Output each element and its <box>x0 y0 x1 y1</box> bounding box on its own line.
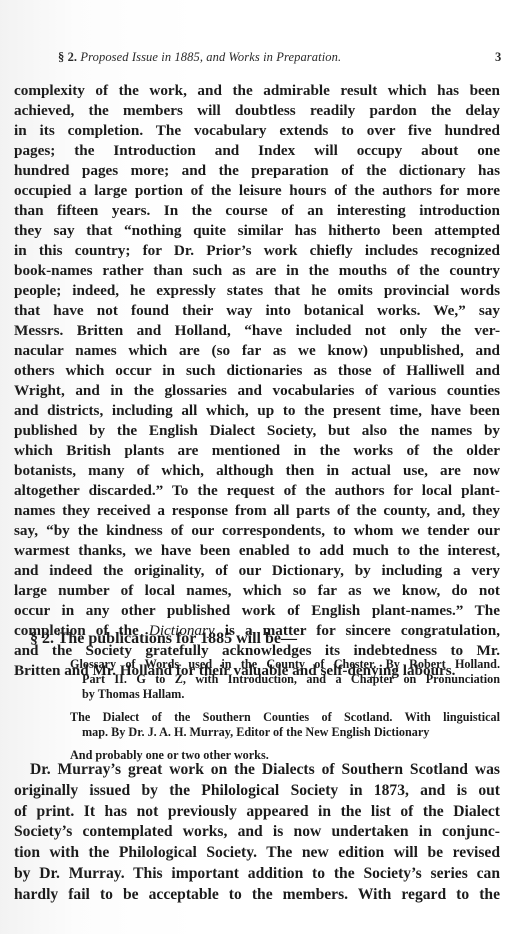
running-title: § 2. Proposed Issue in 1885, and Works i… <box>58 50 341 65</box>
publication-line: Part II. G to Z, with Introduction, and … <box>70 672 500 687</box>
text-line: by Dr. Murray. This important addition t… <box>14 864 500 885</box>
publication-item-chester-glossary: Glossary of Words used in the County of … <box>70 657 500 702</box>
running-header: § 2. Proposed Issue in 1885, and Works i… <box>0 50 528 70</box>
text-line: people; indeed, he expressly states that… <box>14 281 500 301</box>
text-line: in its completion. The vocabulary extend… <box>14 121 500 141</box>
running-section-mark: § 2. <box>58 50 77 64</box>
publication-item-scotland-dialect: The Dialect of the Southern Counties of … <box>70 710 500 740</box>
text-line: names they received a response from all … <box>14 501 500 521</box>
text-line: complexity of the work, and the admirabl… <box>14 81 500 101</box>
text-line: others which occur in such dictionaries … <box>14 361 500 381</box>
text-line: Wright, and in the glossaries and vocabu… <box>14 381 500 401</box>
text-line: occur in any other published work of Eng… <box>14 601 500 621</box>
section-heading-publications-1885: § 2. The publications for 1885 will be— <box>30 630 297 648</box>
text-line: tion with the Philological Society. The … <box>14 843 500 864</box>
text-line: of print. It has not previously appeared… <box>14 802 500 823</box>
text-line: and indeed the originality, of our Dicti… <box>14 561 500 581</box>
text-line: and districts, including all which, up t… <box>14 401 500 421</box>
paragraph-murray-dialects: Dr. Murray’s great work on the Dialects … <box>14 760 500 906</box>
text-line: altogether discarded.” To the request of… <box>14 481 500 501</box>
text-line: than fifteen years. In the course of an … <box>14 201 500 221</box>
publication-line: map. By Dr. J. A. H. Murray, Editor of t… <box>70 725 500 740</box>
text-line: say, “by the kindness of our corresponde… <box>14 521 500 541</box>
text-line: warmest thanks, we have been enabled to … <box>14 541 500 561</box>
text-line: large number of local names, which so fa… <box>14 581 500 601</box>
text-line: Dr. Murray’s great work on the Dialects … <box>14 760 500 781</box>
text-line: nacular names which are (so far as we kn… <box>14 341 500 361</box>
paragraph-dictionary-of-plant-names: complexity of the work, and the admirabl… <box>14 81 500 681</box>
text-line: which British plants are mentioned in th… <box>14 441 500 461</box>
text-line: they say that “nothing quite similar has… <box>14 221 500 241</box>
text-line: Society’s contemplated works, and is now… <box>14 822 500 843</box>
publication-line: The Dialect of the Southern Counties of … <box>70 710 500 725</box>
text-line: pages; the Introduction and Index will o… <box>14 141 500 161</box>
text-line: that have not found their way into botan… <box>14 301 500 321</box>
text-line: achieved, the members will doubtless rea… <box>14 101 500 121</box>
text-line: Messrs. Britten and Holland, “have inclu… <box>14 321 500 341</box>
publication-line: Glossary of Words used in the County of … <box>70 657 500 672</box>
text-line: in this country; for Dr. Prior’s work ch… <box>14 241 500 261</box>
text-line: book-names rather than such as are in th… <box>14 261 500 281</box>
publications-list: Glossary of Words used in the County of … <box>70 657 500 763</box>
text-line: botanists, many of which, although then … <box>14 461 500 481</box>
running-title-text: Proposed Issue in 1885, and Works in Pre… <box>80 50 341 64</box>
text-line: originally issued by the Philological So… <box>14 781 500 802</box>
text-line: occupied a large portion of the leisure … <box>14 181 500 201</box>
text-line: published by the English Dialect Society… <box>14 421 500 441</box>
text-line: hardly fail to be acceptable to the memb… <box>14 885 500 906</box>
text-line: hundred pages more; and the preparation … <box>14 161 500 181</box>
page-number: 3 <box>495 50 501 65</box>
publication-line: by Thomas Hallam. <box>70 687 500 702</box>
